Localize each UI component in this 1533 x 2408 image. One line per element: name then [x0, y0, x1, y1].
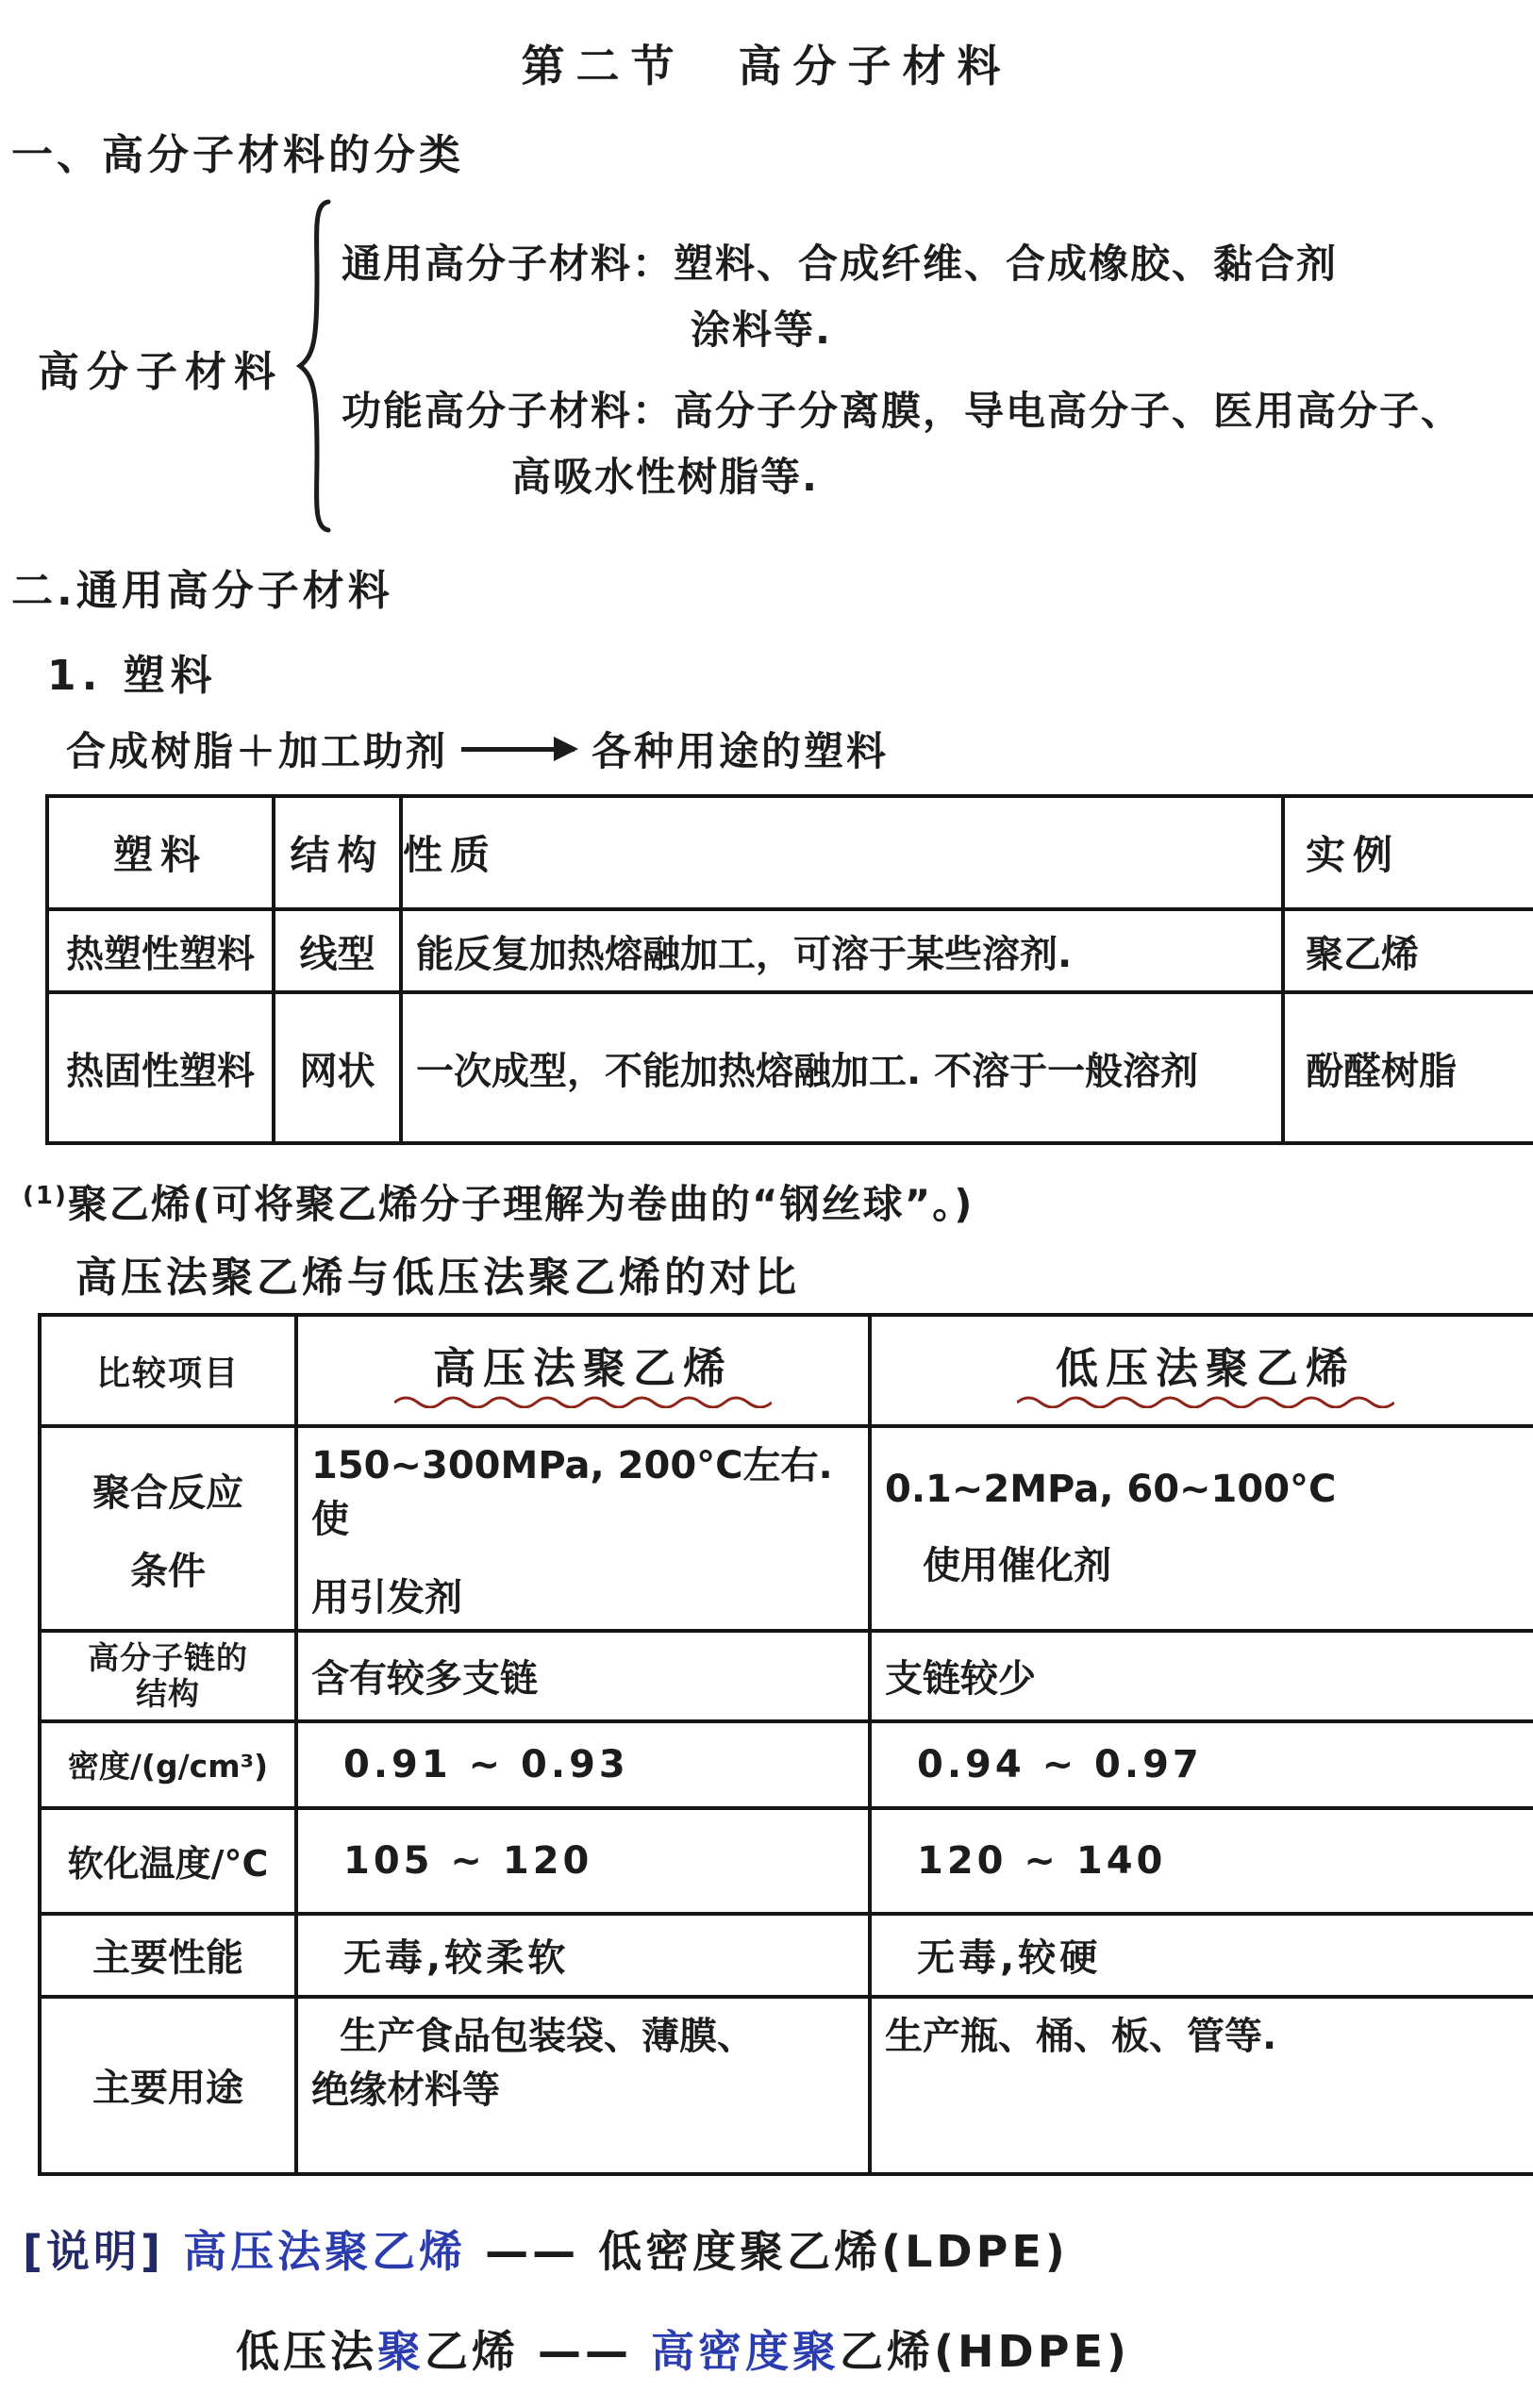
- row-label-density: 密度/(g/cm³): [40, 1721, 296, 1808]
- pe-comparison-table: 比较项目 高压法聚乙烯 低压法聚乙烯 聚合反应 条件 150~300MPa, 2…: [38, 1313, 1533, 2176]
- formula-left-text: 合成树脂＋加工助剂: [66, 721, 448, 777]
- plastics-subheading: 1. 塑料: [47, 641, 1524, 702]
- label-line: 条件: [55, 1541, 281, 1595]
- note-hdpe: 低压法聚乙烯 —— 高密度聚乙烯(HDPE): [236, 2317, 1524, 2380]
- note-lp-text-cont: 乙烯: [425, 2326, 519, 2377]
- table-row: 主要用途 生产食品包装袋、薄膜、 绝缘材料等 生产瓶、桶、板、管等.: [40, 1997, 1533, 2174]
- branch-general-text: 通用高分子材料：塑料、合成纤维、合成橡胶、黏合剂: [342, 233, 1462, 290]
- branch-functional-text: 功能高分子材料：高分子分离膜，导电高分子、医用高分子、: [342, 380, 1462, 437]
- cell-hp-softening: 105 ~ 120: [296, 1808, 870, 1914]
- classification-brace-diagram: 高分子材料 通用高分子材料：塑料、合成纤维、合成橡胶、黏合剂 涂料等. 功能高分…: [38, 196, 1524, 540]
- header-cell-compare-item: 比较项目: [40, 1315, 296, 1426]
- row-label-main-uses: 主要用途: [40, 1997, 296, 2174]
- high-pressure-pe-label: 高压法聚乙烯: [433, 1334, 733, 1395]
- branch-functional-text-cont: 高吸水性树脂等.: [511, 446, 1462, 503]
- cell-lp-conditions: 0.1~2MPa, 60~100°C 使用催化剂: [870, 1426, 1533, 1631]
- cell-line: 绝缘材料等: [311, 2060, 855, 2114]
- section2-heading: 二.通用高分子材料: [11, 556, 1524, 617]
- cell-hp-conditions: 150~300MPa, 200°C左右.使 用引发剂: [296, 1426, 870, 1631]
- plastics-formula: 合成树脂＋加工助剂 各种用途的塑料: [66, 721, 1524, 777]
- cell-lp-properties: 无毒,较硬: [870, 1914, 1533, 1997]
- branch-general-text-cont: 涂料等.: [691, 299, 1462, 356]
- header-cell-low-pressure-pe: 低压法聚乙烯: [870, 1315, 1533, 1426]
- note-ldpe-text: 低密度聚乙烯(LDPE): [598, 2226, 1069, 2277]
- cell-hp-uses: 生产食品包装袋、薄膜、 绝缘材料等: [296, 1997, 870, 2174]
- polyethylene-heading-text: 聚乙烯(可将聚乙烯分子理解为卷曲的“钢丝球”。): [68, 1181, 975, 1227]
- notebook-page: 第二节 高分子材料 一、高分子材料的分类 高分子材料 通用高分子材料：塑料、合成…: [0, 0, 1533, 2408]
- table-row: 聚合反应 条件 150~300MPa, 200°C左右.使 用引发剂 0.1~2…: [40, 1426, 1533, 1631]
- table-row: 主要性能 无毒,较柔软 无毒,较硬: [40, 1914, 1533, 1997]
- plastics-table: 塑料 结构 性质 实例 热塑性塑料 线型 能反复加热熔融加工，可溶于某些溶剂. …: [45, 794, 1533, 1145]
- curly-brace-icon: [292, 196, 336, 540]
- item-number: (1): [23, 1182, 68, 1210]
- label-line: 结构: [55, 1676, 281, 1712]
- cell-lp-chain: 支链较少: [870, 1631, 1533, 1721]
- note-dash: ——: [519, 2326, 651, 2377]
- row-label-chain-structure: 高分子链的 结构: [40, 1631, 296, 1721]
- note-hdpe-text: 乙烯(HDPE): [840, 2326, 1130, 2377]
- table-row: 密度/(g/cm³) 0.91 ~ 0.93 0.94 ~ 0.97: [40, 1721, 1533, 1808]
- cell-hp-chain: 含有较多支链: [296, 1631, 870, 1721]
- note-lp-text: 低压法: [236, 2326, 377, 2377]
- table-row: 软化温度/°C 105 ~ 120 120 ~ 140: [40, 1808, 1533, 1914]
- comparison-subheading: 高压法聚乙烯与低压法聚乙烯的对比: [75, 1243, 1524, 1304]
- cell-lp-uses: 生产瓶、桶、板、管等.: [870, 1997, 1533, 2174]
- header-cell-example: 实例: [1283, 796, 1533, 909]
- header-cell-high-pressure-pe: 高压法聚乙烯: [296, 1315, 870, 1426]
- cell-thermoset: 热固性塑料: [47, 992, 274, 1143]
- header-cell-structure: 结构: [274, 796, 401, 909]
- cell-thermoset-property: 一次成型，不能加热熔融加工. 不溶于一般溶剂: [401, 992, 1283, 1143]
- page-title: 第二节 高分子材料: [9, 32, 1524, 94]
- label-line: 高分子链的: [55, 1640, 281, 1676]
- cell-network: 网状: [274, 992, 401, 1143]
- cell-thermoplastic: 热塑性塑料: [47, 909, 274, 992]
- row-label-polymerization-conditions: 聚合反应 条件: [40, 1426, 296, 1631]
- brace-root-label: 高分子材料: [38, 338, 283, 398]
- cell-line: 生产食品包装袋、薄膜、: [340, 2006, 855, 2060]
- cell-polyethylene: 聚乙烯: [1283, 909, 1533, 992]
- right-arrow-icon: [461, 747, 575, 752]
- row-label-main-properties: 主要性能: [40, 1914, 296, 1997]
- note-lp-blue-char: 聚: [377, 2326, 425, 2377]
- note-bracket-label: [说明]: [23, 2226, 183, 2277]
- formula-right-text: 各种用途的塑料: [592, 721, 889, 777]
- table-row: 热塑性塑料 线型 能反复加热熔融加工，可溶于某些溶剂. 聚乙烯: [47, 909, 1533, 992]
- cell-lp-softening: 120 ~ 140: [870, 1808, 1533, 1914]
- polyethylene-heading: (1)聚乙烯(可将聚乙烯分子理解为卷曲的“钢丝球”。): [23, 1173, 1524, 1230]
- table-row: 热固性塑料 网状 一次成型，不能加热熔融加工. 不溶于一般溶剂 酚醛树脂: [47, 992, 1533, 1143]
- cell-line: 使用催化剂: [923, 1536, 1526, 1589]
- cell-line: 用引发剂: [311, 1568, 855, 1621]
- note-dash: ——: [466, 2226, 598, 2277]
- cell-line: 150~300MPa, 200°C左右.使: [311, 1436, 855, 1543]
- branch-functional: 功能高分子材料：高分子分离膜，导电高分子、医用高分子、 高吸水性树脂等.: [342, 380, 1462, 503]
- header-cell-plastic: 塑料: [47, 796, 274, 909]
- cell-line: 0.1~2MPa, 60~100°C: [885, 1468, 1526, 1511]
- red-wavy-underline: [394, 1393, 772, 1408]
- table-row: 高分子链的 结构 含有较多支链 支链较少: [40, 1631, 1533, 1721]
- cell-linear: 线型: [274, 909, 401, 992]
- cell-phenolic-resin: 酚醛树脂: [1283, 992, 1533, 1143]
- cell-lp-density: 0.94 ~ 0.97: [870, 1721, 1533, 1808]
- note-ldpe: [说明] 高压法聚乙烯 —— 低密度聚乙烯(LDPE): [23, 2217, 1524, 2280]
- label-line: 聚合反应: [55, 1463, 281, 1517]
- low-pressure-pe-label: 低压法聚乙烯: [1056, 1334, 1356, 1395]
- red-wavy-underline: [1017, 1393, 1394, 1408]
- branch-general: 通用高分子材料：塑料、合成纤维、合成橡胶、黏合剂 涂料等.: [342, 233, 1462, 356]
- cell-hp-properties: 无毒,较柔软: [296, 1914, 870, 1997]
- cell-hp-density: 0.91 ~ 0.93: [296, 1721, 870, 1808]
- header-cell-property: 性质: [401, 796, 1283, 909]
- note-hp-pe: 高压法聚乙烯: [183, 2226, 466, 2277]
- row-label-softening-temp: 软化温度/°C: [40, 1808, 296, 1914]
- plastics-table-header-row: 塑料 结构 性质 实例: [47, 796, 1533, 909]
- comparison-header-row: 比较项目 高压法聚乙烯 低压法聚乙烯: [40, 1315, 1533, 1426]
- note-hdpe-blue-text: 高密度聚: [651, 2326, 840, 2377]
- brace-branches: 通用高分子材料：塑料、合成纤维、合成橡胶、黏合剂 涂料等. 功能高分子材料：高分…: [342, 233, 1462, 503]
- section1-heading: 一、高分子材料的分类: [11, 121, 1524, 181]
- cell-thermoplastic-property: 能反复加热熔融加工，可溶于某些溶剂.: [401, 909, 1283, 992]
